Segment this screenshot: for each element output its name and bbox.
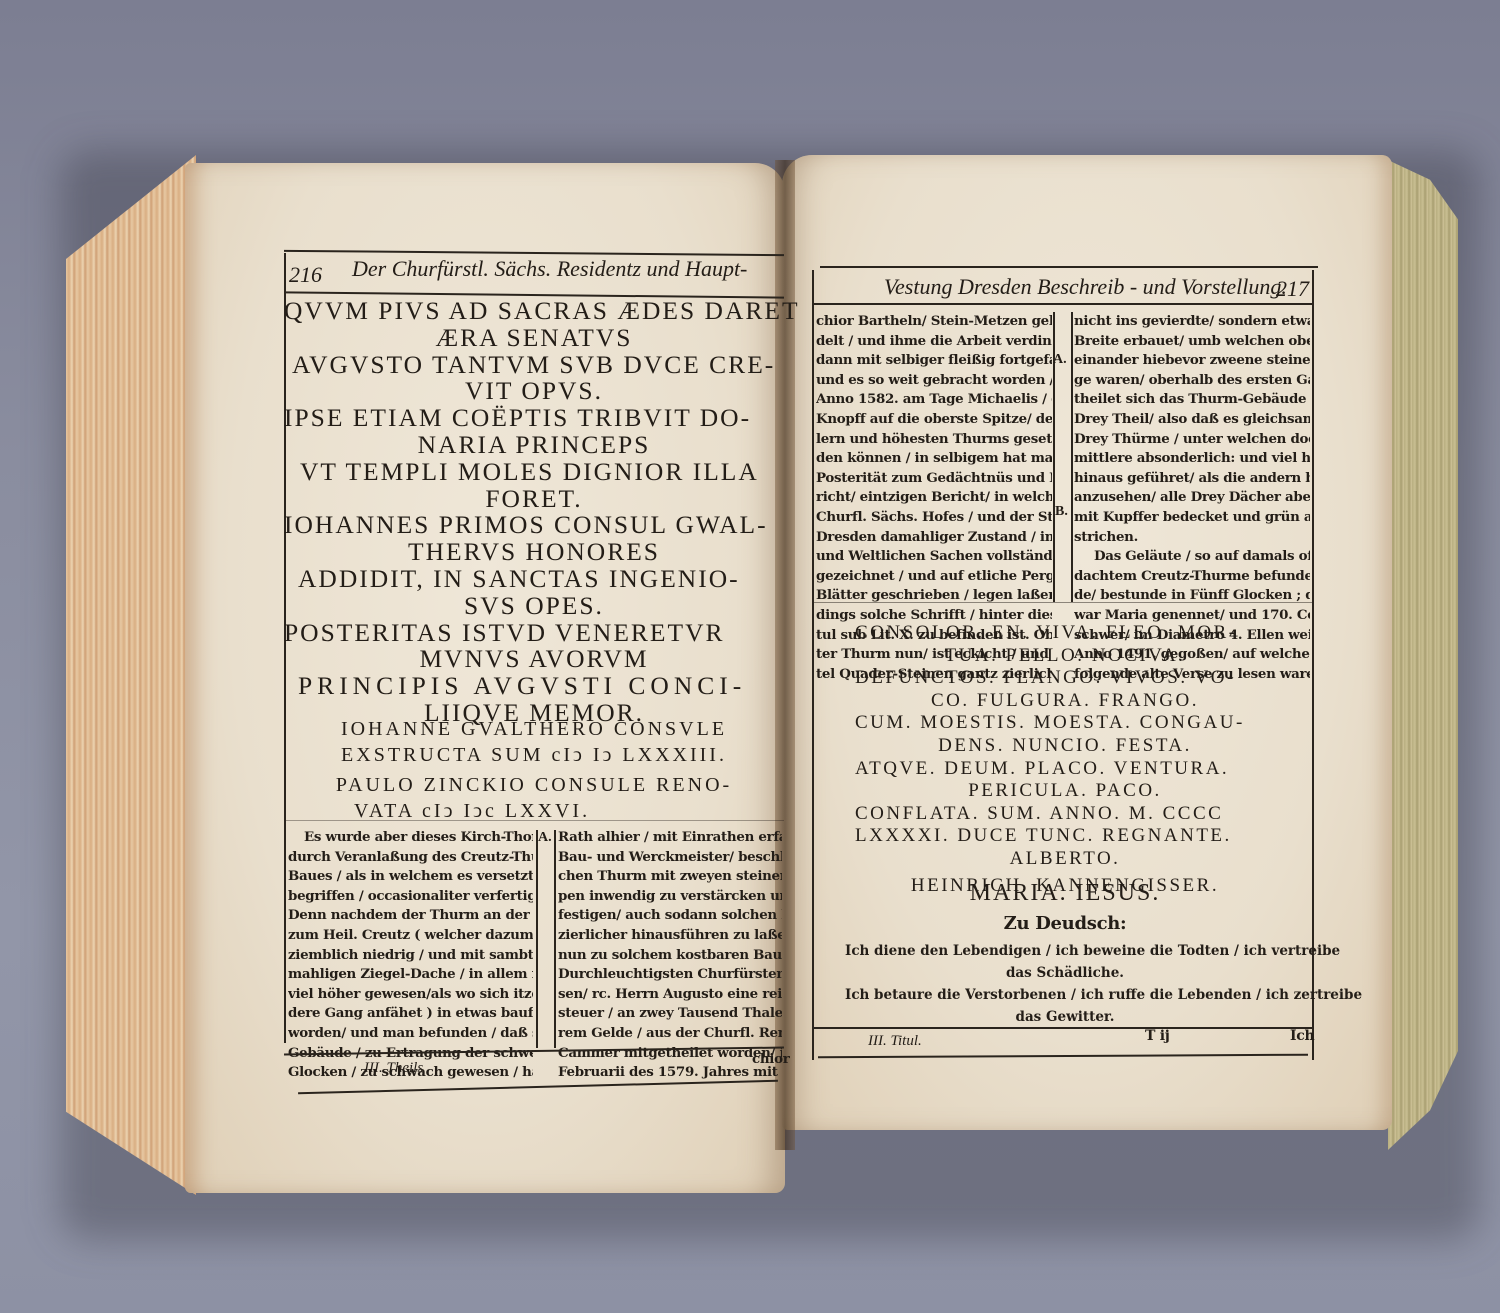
bell-line: CONFLATA. SUM. ANNO. M. CCCC [855,803,1275,826]
text-line: chen Thurm mit zweyen steinern Trep- [558,867,782,887]
bell-line: TUA. PELLO. NOCIVA. [855,645,1275,668]
left-catchword: chior [752,1050,789,1070]
bell-name: MARIA. IESUS. [855,880,1275,907]
right-columns-bottom-rule [814,602,1312,603]
right-signature-line: III. Titul. [868,1033,922,1050]
text-line: rem Gelde / aus der Churfl. Renth- [558,1024,782,1044]
text-line: viel höher gewesen/als wo sich itzo der … [288,985,533,1005]
translation-heading: Zu Deudsch: [855,914,1275,934]
inscription-line: MVNVS AVORVM [284,646,784,673]
translation-line: das Schädliche. [845,962,1285,984]
right-catchword: Ich [1290,1027,1314,1047]
left-running-head: Der Churfürstl. Sächs. Residentz und Hau… [352,256,747,282]
page-number-217: 217 [1276,276,1309,302]
left-column-divider-b [554,830,556,1048]
bell-line: DEFUNCTOS. PLANGO. VIVOS. VO- [855,667,1275,690]
text-line: gezeichnet / und auf etliche Pergamene [816,567,1052,587]
text-line: Denn nachdem der Thurm an der Kirche [288,906,533,926]
bell-line: CONSOLOR. EN. VIVA. FLEO. MOR- [855,622,1275,645]
right-signature-mark: T ij [1145,1027,1169,1047]
inscription-line: VIT OPVS. [284,378,784,405]
text-line: zum Heil. Creutz ( welcher dazumahl [288,926,533,946]
text-line: und Weltlichen Sachen vollständig auf- [816,547,1052,567]
text-line: dachtem Creutz-Thurme befunden wur- [1074,567,1310,587]
inscription-line: IOHANNES PRIMOS CONSUL GWAL- [284,512,784,539]
text-line: Rath alhier / mit Einrathen erfahrner [558,828,782,848]
text-line: richt/ eintzigen Bericht/ in welchem des [816,488,1052,508]
right-frame-left [812,270,814,1060]
bell-line: PERICULA. PACO. [855,780,1275,803]
bell-line: LXXXXI. DUCE TUNC. REGNANTE. [855,825,1275,848]
inscription-line: QVVM PIVS AD SACRAS ÆDES DARET [284,298,784,325]
bell-line: CUM. MOESTIS. MOESTA. CONGAU- [855,712,1275,735]
inscription-small-line: IOHANNE GVALTHERO CONSVLE [284,716,784,742]
text-line: ziemblich niedrig / und mit sambt dem da… [288,946,533,966]
right-margin-note-b: B. [1055,504,1068,520]
text-line: hinaus geführet/ als die andern beyden/ [1074,469,1310,489]
text-line: theilet sich das Thurm-Gebäude ab in [1074,390,1310,410]
left-page-column-left: Es wurde aber dieses Kirch-Thor durch Ve… [288,828,533,1083]
text-line: dann mit selbiger fleißig fortgefahren / [816,351,1052,371]
text-line: zierlicher hinausführen zu laßen. Als [558,926,782,946]
bell-line: ALBERTO. [855,848,1275,871]
translation-line: Ich betaure die Verstorbenen / ich ruffe… [845,984,1285,1006]
bell-line: ATQVE. DEUM. PLACO. VENTURA. [855,758,1275,781]
text-line: lern und höhesten Thurms gesetzet wer- [816,430,1052,450]
text-line: durch Veranlaßung des Creutz-Thurm- [288,848,533,868]
text-line: Durchleuchtigsten Churfürsten zu Sach- [558,965,782,985]
text-line: einander hiebevor zweene steinerne Gän- [1074,351,1310,371]
text-line: Bau- und Werckmeister/ beschloßen/ sol- [558,848,782,868]
text-line: festigen/ auch sodann solchen höher und [558,906,782,926]
text-line: Anno 1582. am Tage Michaelis / der [816,390,1052,410]
inscription-line: FORET. [284,486,784,513]
bell-line: CO. FULGURA. FRANGO. [855,690,1275,713]
right-top-rule [820,266,1318,268]
text-line: Dresden damahliger Zustand / in Geist- [816,528,1052,548]
left-page-block-edge [66,155,196,1195]
text-line: nicht ins gevierdte/ sondern etwas in di… [1074,312,1310,332]
right-head-rule [814,303,1312,305]
right-column-divider-b [1071,312,1073,602]
inscription-line: PRINCIPIS AVGVSTI CONCI- [284,673,784,700]
inscription-line: IPSE ETIAM COËPTIS TRIBVIT DO- [284,405,784,432]
text-line: pen inwendig zu verstärcken und zu be- [558,887,782,907]
text-line: sen/ rc. Herrn Augusto eine reiche Bey- [558,985,782,1005]
text-line: Es wurde aber dieses Kirch-Thor [288,828,533,848]
text-line: delt / und ihme die Arbeit verdinget/ al… [816,332,1052,352]
right-page-block-edge [1388,160,1458,1150]
inscription-line: NARIA PRINCEPS [284,432,784,459]
left-columns-top-rule [284,820,784,821]
text-line: Das Geläute / so auf damals oftge- [1074,547,1310,567]
bell-inscription: CONSOLOR. EN. VIVA. FLEO. MOR- TUA. PELL… [855,622,1275,897]
left-inscription-small: IOHANNE GVALTHERO CONSVLE EXSTRUCTA SUM … [284,716,784,824]
text-line: mahligen Ziegel-Dache / in allem nicht [288,965,533,985]
text-line: den können / in selbigem hat man der [816,449,1052,469]
inscription-line: ADDIDIT, IN SANCTAS INGENIO- [284,566,784,593]
text-line: anzusehen/ alle Drey Dächer aber seynd [1074,488,1310,508]
text-line: und es so weit gebracht worden / daß [816,371,1052,391]
inscription-small-line: EXSTRUCTA SUM cIↄ Iↄ LXXXIII. [284,742,784,768]
left-column-divider-a [536,830,538,1048]
inscription-line: THERVS HONORES [284,539,784,566]
inscription-small-line: PAULO ZINCKIO CONSULE RENO- [284,772,784,798]
left-margin-note-a: A. [538,830,552,846]
left-page-column-right: Rath alhier / mit Einrathen erfahrner Ba… [558,828,782,1083]
left-inscription: QVVM PIVS AD SACRAS ÆDES DARET ÆRA SENAT… [284,298,784,727]
right-running-head: Vestung Dresden Beschreib - und Vorstell… [884,274,1287,300]
text-line: strichen. [1074,528,1310,548]
translation: Ich diene den Lebendigen / ich beweine d… [845,940,1285,1028]
text-line: dere Gang anfähet ) in etwas baufällig [288,1004,533,1024]
bell-line: DENS. NUNCIO. FESTA. [855,735,1275,758]
text-line: nun zu solchem kostbaren Baue/ von dem [558,946,782,966]
left-signature-line: III. Theils [364,1060,423,1077]
inscription-line: AVGVSTO TANTVM SVB DVCE CRE- [284,352,784,379]
inscription-line: POSTERITAS ISTVD VENERETVR [284,620,784,647]
inscription-line: ÆRA SENATVS [284,325,784,352]
text-line: steuer / an zwey Tausend Thalern baa- [558,1004,782,1024]
text-line: mittlere absonderlich: und viel höher [1074,449,1310,469]
text-line: begriffen / occasionaliter verfertiget: [288,887,533,907]
right-margin-note-a: A. [1053,352,1067,368]
text-line: Breite erbauet/ umb welchen oben über- [1074,332,1310,352]
text-line: Drey Theil/ also daß es gleichsam als [1074,410,1310,430]
text-line: chior Bartheln/ Stein-Metzen gehan- [816,312,1052,332]
text-line: Knopff auf die oberste Spitze/ des mitt- [816,410,1052,430]
text-line: mit Kupffer bedecket und grün ange- [1074,508,1310,528]
translation-line: das Gewitter. [845,1006,1285,1028]
translation-line: Ich diene den Lebendigen / ich beweine d… [845,940,1285,962]
text-line: Drey Thürme / unter welchen doch der [1074,430,1310,450]
text-line: Baues / als in welchem es versetzt und [288,867,533,887]
text-line: ge waren/ oberhalb des ersten Ganges/ [1074,371,1310,391]
right-frame-right [1312,270,1314,1060]
page-number-216: 216 [289,262,322,288]
inscription-line: SVS OPES. [284,593,784,620]
text-line: Churfl. Sächs. Hofes / und der Stadt [816,508,1052,528]
text-line: worden/ und man befunden / daß solches [288,1024,533,1044]
inscription-line: VT TEMPLI MOLES DIGNIOR ILLA [284,459,784,486]
text-line: Posterität zum Gedächtnüs und Nach- [816,469,1052,489]
right-bottom-rule [814,1027,1312,1029]
